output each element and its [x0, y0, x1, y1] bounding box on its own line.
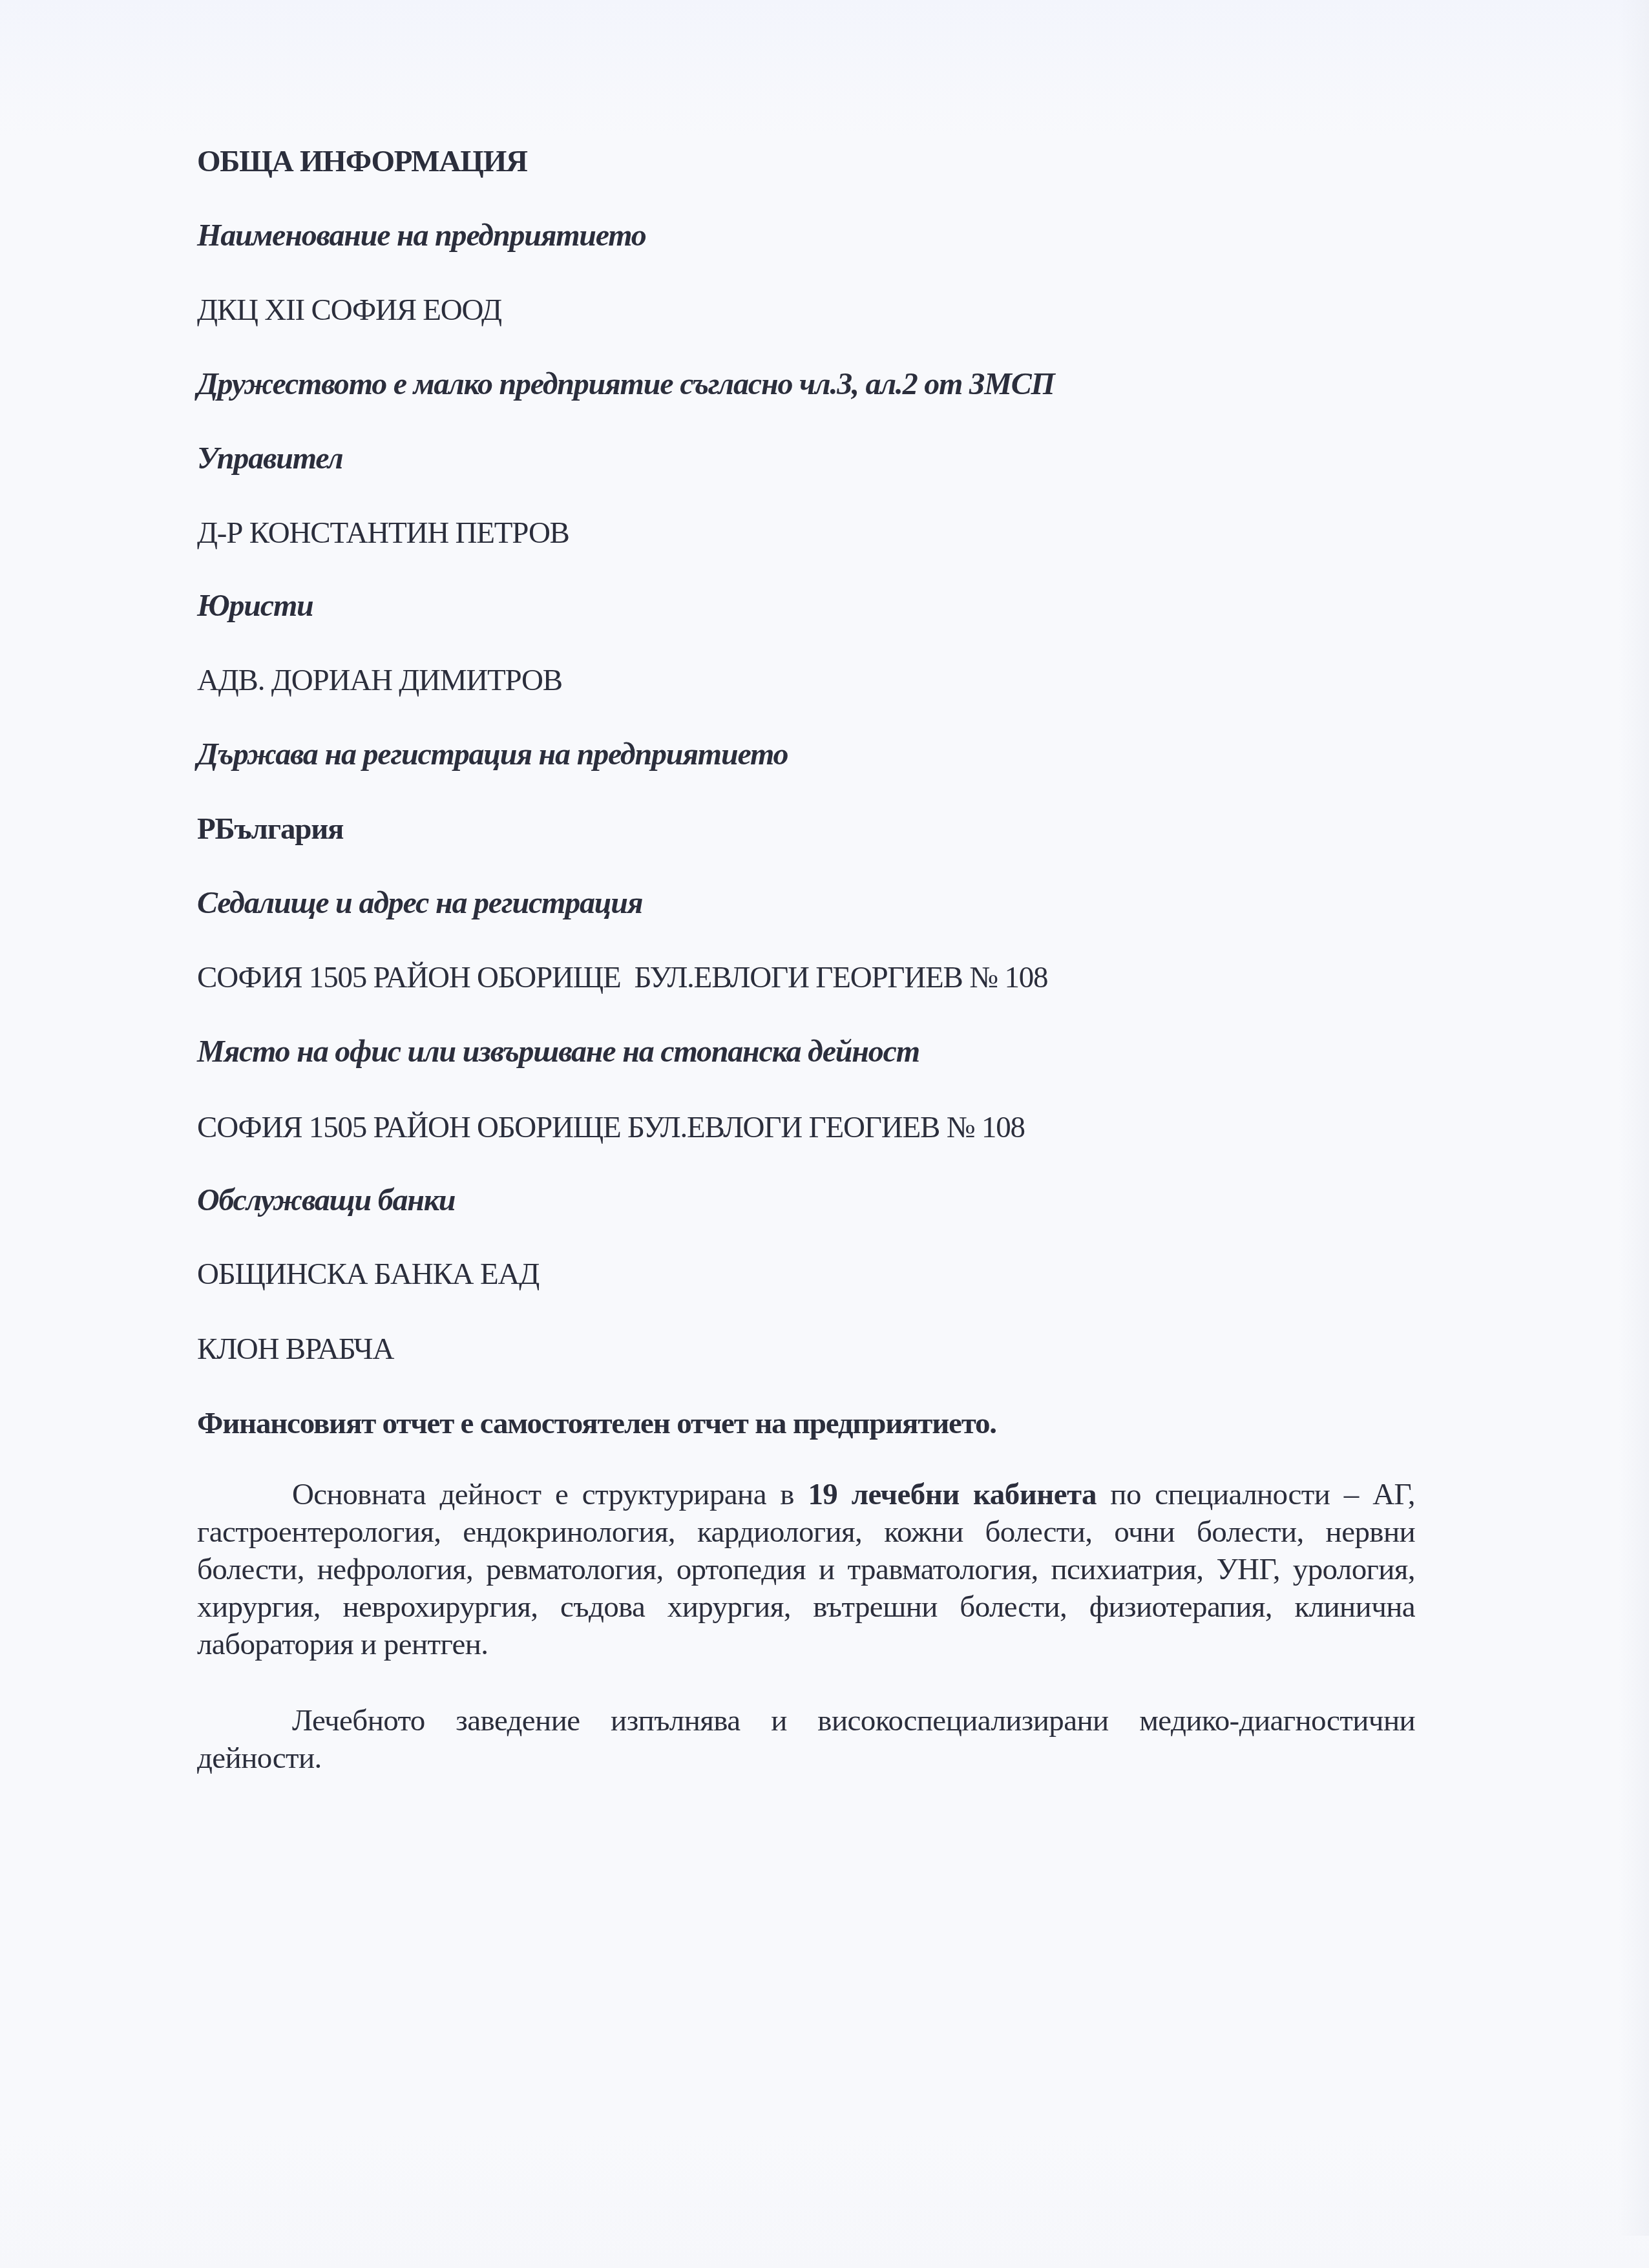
label-lawyers: Юристи	[197, 588, 313, 624]
label-company-name: Наименование на предприятието	[197, 218, 646, 254]
label-manager: Управител	[197, 441, 343, 477]
label-small-enterprise: Дружеството е малко предприятие съгласно…	[197, 366, 1055, 403]
label-banks: Обслужващи банки	[197, 1182, 455, 1219]
value-company-name: ДКЦ XII СОФИЯ ЕООД	[197, 292, 501, 328]
value-bank-branch: КЛОН ВРАБЧА	[197, 1331, 394, 1367]
paragraph-activities: Основната дейност е структурирана в 19 л…	[197, 1476, 1415, 1663]
value-lawyers: АДВ. ДОРИАН ДИМИТРОВ	[197, 662, 562, 698]
value-registered-address: СОФИЯ 1505 РАЙОН ОБОРИЩЕ БУЛ.ЕВЛОГИ ГЕОР…	[197, 960, 1047, 996]
paragraph-activities-intro: Основната дейност е структурирана в	[292, 1478, 808, 1511]
page-heading: ОБЩА ИНФОРМАЦИЯ	[197, 143, 527, 180]
value-bank-name: ОБЩИНСКА БАНКА ЕАД	[197, 1256, 539, 1292]
value-country: РБългария	[197, 811, 343, 847]
page-edge-shadow	[1619, 0, 1649, 2236]
scanned-page: ОБЩА ИНФОРМАЦИЯ Наименование на предприя…	[0, 0, 1649, 2268]
value-office-address: СОФИЯ 1505 РАЙОН ОБОРИЩЕ БУЛ.ЕВЛОГИ ГЕОГ…	[197, 1109, 1025, 1146]
label-country: Държава на регистрация на предприятието	[197, 737, 788, 773]
label-registered-address: Седалище и адрес на регистрация	[197, 885, 642, 921]
statement-standalone-report: Финансовият отчет е самостоятелен отчет …	[197, 1405, 996, 1442]
label-office-address: Място на офис или извършване на стопанск…	[197, 1034, 919, 1070]
paragraph-activities-count: 19 лечебни кабинета	[808, 1478, 1096, 1511]
value-manager: Д-Р КОНСТАНТИН ПЕТРОВ	[197, 515, 569, 551]
paragraph-specialized: Лечебното заведение изпълнява и високосп…	[197, 1702, 1415, 1777]
